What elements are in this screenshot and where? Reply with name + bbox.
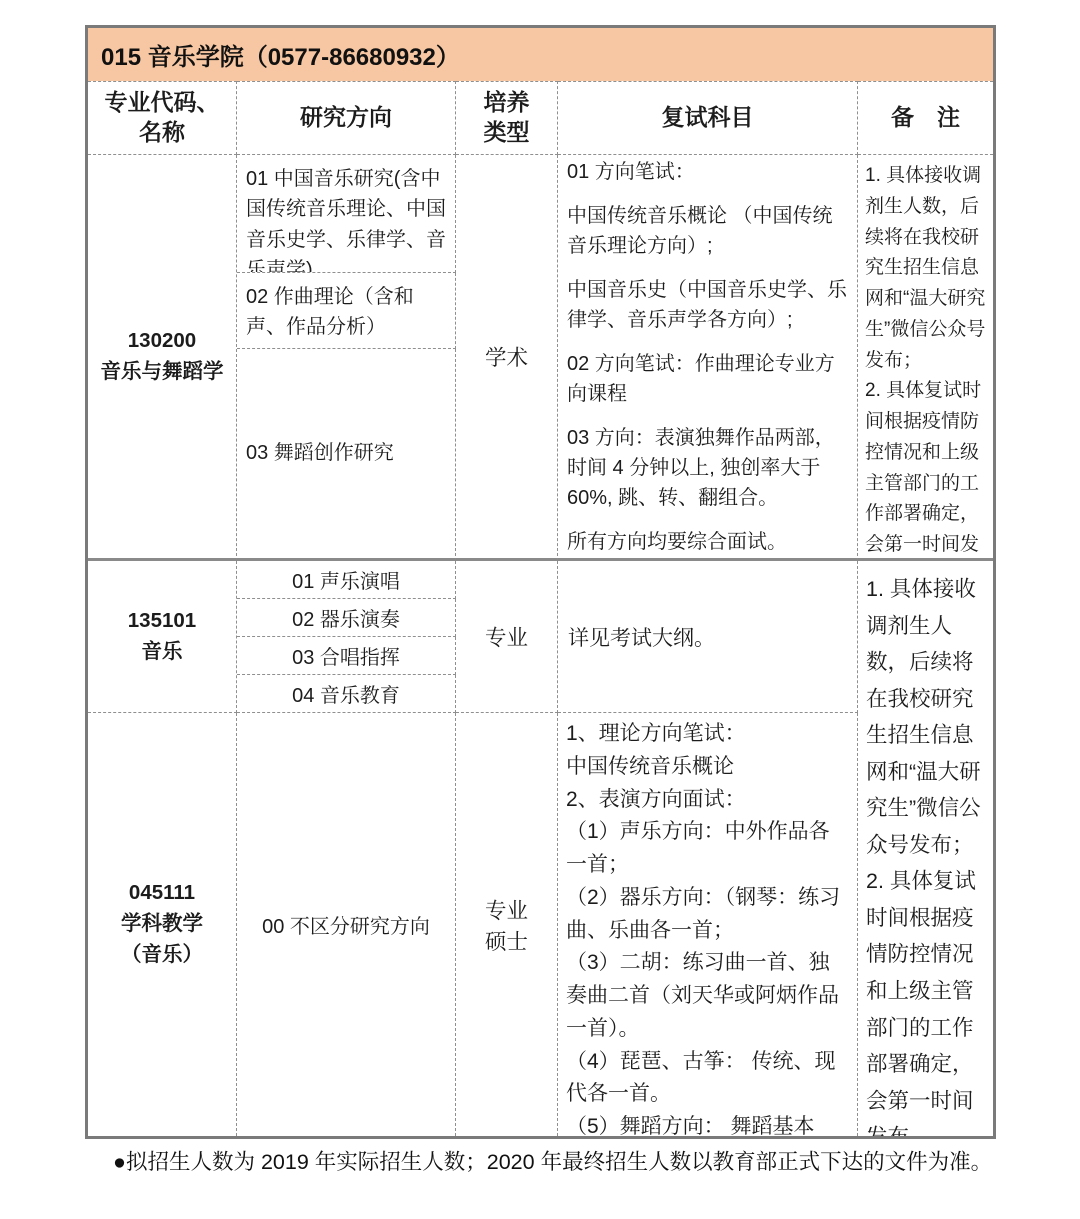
reexam-subjects-cell: 01 方向笔试： 中国传统音乐概论 （中国传统音乐理论方向）; 中国音乐史（中国… [558, 155, 858, 561]
remark-cell-merged: 1. 具体接收调剂生人数，后续将在我校研究生招生信息网和“温大研究生”微信公众号… [858, 561, 993, 1136]
exam-paragraph: （4）琵琶、古筝： 传统、现代各一首。 [566, 1046, 849, 1112]
direction-cell: 01 声乐演唱 [237, 561, 456, 599]
exam-paragraph: 所有方向均要综合面试。 [567, 527, 848, 557]
direction-cell: 02 器乐演奏 [237, 599, 456, 637]
col-header-remark: 备 注 [858, 81, 993, 155]
reexam-subjects-cell: 详见考试大纲。 [558, 561, 858, 713]
exam-paragraph: 中国传统音乐概论 [566, 751, 849, 784]
col-header-research-direction-label: 研究方向 [300, 103, 392, 133]
college-title: 015 音乐学院（0577-86680932） [101, 37, 460, 72]
direction-cell: 03 舞蹈创作研究 [237, 349, 456, 561]
exam-paragraph: 中国传统音乐概论 （中国传统音乐理论方向）; [567, 201, 848, 261]
major-cell-135101: 135101 音乐 [88, 561, 237, 713]
exam-paragraph: （5）舞蹈方向： 舞蹈基本功、舞蹈自创作品一段。 [566, 1111, 849, 1136]
major-name: 音乐与舞蹈学 [101, 357, 224, 388]
major-code: 130200 [128, 326, 196, 357]
exam-paragraph: 1、理论方向笔试： [566, 718, 849, 751]
training-type-label: 专业硕士 [484, 894, 530, 956]
admissions-table: 专业代码、名称 研究方向 培养类型 复试科目 备 注 130200 音乐与舞蹈学… [85, 81, 996, 1139]
exam-paragraph: （3）二胡：练习曲一首、独奏曲二首（刘天华或阿炳作品一首）。 [566, 947, 849, 1045]
major-cell-130200: 130200 音乐与舞蹈学 [88, 155, 237, 561]
major-name-suffix: （音乐） [121, 940, 203, 971]
training-type-cell: 学术 [456, 155, 558, 561]
remark-item: 2. 具体复试时间根据疫情防控情况和上级主管部门的工作部署确定，会第一时间发布。 [866, 863, 985, 1136]
col-header-training-type: 培养类型 [456, 81, 558, 155]
col-header-training-type-label: 培养类型 [482, 88, 531, 148]
major-code: 045111 [129, 878, 195, 909]
direction-cell: 01 中国音乐研究(含中国传统音乐理论、中国音乐史学、乐律学、音乐声学) [237, 155, 456, 273]
col-header-reexam-subjects-label: 复试科目 [662, 103, 754, 133]
footnote: ●拟招生人数为 2019 年实际招生人数；2020 年最终招生人数以教育部正式下… [113, 1148, 995, 1178]
exam-paragraph: 01 方向笔试： [567, 157, 848, 187]
major-name: 音乐 [142, 637, 183, 668]
direction-cell: 03 合唱指挥 [237, 637, 456, 675]
col-header-reexam-subjects: 复试科目 [558, 81, 858, 155]
reexam-subjects-cell: 1、理论方向笔试： 中国传统音乐概论 2、表演方向面试： （1）声乐方向：中外作… [558, 713, 858, 1136]
remark-item: 1. 具体接收调剂生人数，后续将在我校研究生招生信息网和“温大研究生”微信公众号… [865, 161, 986, 376]
remark-item: 2. 具体复试时间根据疫情防控情况和上级主管部门的工作部署确定，会第一时间发布。 [865, 376, 986, 561]
training-type-cell: 专业 [456, 561, 558, 713]
exam-paragraph: （1）声乐方向：中外作品各一首； [566, 816, 849, 882]
college-title-bar: 015 音乐学院（0577-86680932） [85, 25, 996, 81]
exam-paragraph: 03 方向：表演独舞作品两部，时间 4 分钟以上, 独创率大于 60%, 跳、转… [567, 423, 848, 513]
exam-paragraph: 2、表演方向面试： [566, 784, 849, 817]
major-name: 学科教学 [121, 909, 203, 940]
remark-cell: 1. 具体接收调剂生人数，后续将在我校研究生招生信息网和“温大研究生”微信公众号… [858, 155, 993, 561]
exam-paragraph: 02 方向笔试：作曲理论专业方向课程 [567, 349, 848, 409]
col-header-major-code-label: 专业代码、名称 [98, 88, 226, 148]
major-cell-045111: 045111 学科教学 （音乐） [88, 713, 237, 1136]
training-type-cell: 专业硕士 [456, 713, 558, 1136]
direction-cell: 04 音乐教育 [237, 675, 456, 713]
col-header-remark-label: 备 注 [891, 103, 960, 133]
col-header-research-direction: 研究方向 [237, 81, 456, 155]
major-code: 135101 [128, 606, 196, 637]
direction-cell: 00 不区分研究方向 [237, 713, 456, 1136]
col-header-major-code: 专业代码、名称 [88, 81, 237, 155]
direction-cell: 02 作曲理论（含和声、作品分析） [237, 273, 456, 349]
exam-paragraph: （2）器乐方向：（钢琴：练习曲、乐曲各一首； [566, 882, 849, 948]
exam-paragraph: 中国音乐史（中国音乐史学、乐律学、音乐声学各方向）; [567, 275, 848, 335]
remark-item: 1. 具体接收调剂生人数，后续将在我校研究生招生信息网和“温大研究生”微信公众号… [866, 571, 985, 863]
